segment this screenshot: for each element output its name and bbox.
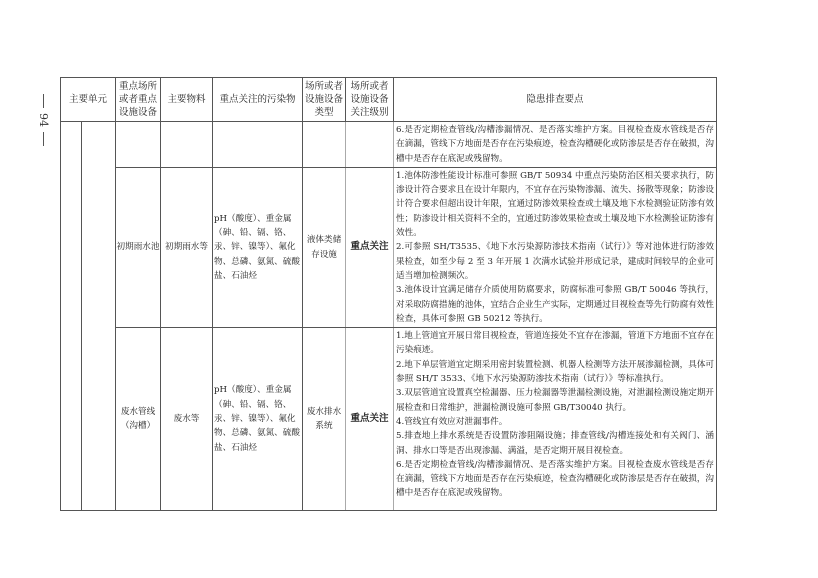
main-unit-cell-b	[82, 122, 116, 511]
facility-type-cell: 废水排水系统	[303, 328, 346, 511]
inspection-point: 3.池体设计宜满足储存介质使用防腐要求，防腐标准可参照 GB/T 50046 等…	[396, 283, 714, 326]
inspection-point: 4.管线宜有效应对泄漏事件。	[396, 415, 714, 429]
inspection-point: 3.双层管道宜设置真空检漏器、压力检漏器等泄漏检测设施，对泄漏检测设施定期开展检…	[396, 386, 714, 415]
focus-level-cell	[346, 122, 394, 168]
table-row: 初期雨水池 初期雨水等 pH（酸度）、重金属（砷、铅、镉、铬、汞、锌、镍等）、氟…	[61, 167, 717, 327]
header-focus-level: 场所或者设施设备关注级别	[346, 78, 394, 122]
header-key-place: 重点场所或者重点设施设备	[116, 78, 161, 122]
main-unit-cell-a	[61, 122, 82, 511]
header-inspection-points: 隐患排查要点	[394, 78, 717, 122]
pollutants-cell	[213, 122, 303, 168]
pollutants-cell: pH（酸度）、重金属（砷、铅、镉、铬、汞、锌、镍等）、氟化物、总磷、氨氮、硫酸盐…	[213, 167, 303, 327]
header-pollutants: 重点关注的污染物	[213, 78, 303, 122]
inspection-point: 1.地上管道宜开展日常目视检查，管道连接处不宜存在渗漏，管道下方地面不宜存在污染…	[396, 329, 714, 358]
facility-type-cell	[303, 122, 346, 168]
header-facility-type: 场所或者设施设备类型	[303, 78, 346, 122]
pollutants-cell: pH（酸度）、重金属（砷、铅、镉、铬、汞、锌、镍等）、氟化物、总磷、氨氮、硫酸盐…	[213, 328, 303, 511]
inspection-point: 2.地下单层管道宜定期采用密封装置检测、机器人检测等方法开展渗漏检测，具体可参照…	[396, 358, 714, 387]
page-number-dash-top	[43, 94, 44, 108]
page-number: 94	[36, 92, 50, 152]
inspection-point: 2.可参照 SH/T3535、《地下水污染源防渗技术指南（试行）》等对池体进行防…	[396, 240, 714, 283]
table-row: 6.是否定期检查管线/沟槽渗漏情况、是否落实维护方案。目视检查废水管线是否存在滴…	[61, 122, 717, 168]
inspection-points-cell: 6.是否定期检查管线/沟槽渗漏情况、是否落实维护方案。目视检查废水管线是否存在滴…	[394, 122, 717, 168]
page-number-value: 94	[37, 113, 49, 127]
focus-level-cell: 重点关注	[346, 167, 394, 327]
header-main-material: 主要物料	[161, 78, 213, 122]
inspection-points-cell: 1.地上管道宜开展日常目视检查，管道连接处不宜存在渗漏，管道下方地面不宜存在污染…	[394, 328, 717, 511]
key-place-cell: 初期雨水池	[116, 167, 161, 327]
inspection-point: 6.是否定期检查管线/沟槽渗漏情况、是否落实维护方案。目视检查废水管线是否存在滴…	[396, 123, 714, 166]
table-header-row: 主要单元 重点场所或者重点设施设备 主要物料 重点关注的污染物 场所或者设施设备…	[61, 78, 717, 122]
page-number-dash-bottom	[43, 132, 44, 146]
main-material-cell	[161, 122, 213, 168]
inspection-point: 1.池体防渗性能设计标准可参照 GB/T 50934 中重点污染防治区相关要求执…	[396, 169, 714, 240]
header-main-unit: 主要单元	[61, 78, 116, 122]
inspection-table: 主要单元 重点场所或者重点设施设备 主要物料 重点关注的污染物 场所或者设施设备…	[60, 77, 717, 511]
focus-level-cell: 重点关注	[346, 328, 394, 511]
key-place-cell: 废水管线（沟槽）	[116, 328, 161, 511]
inspection-points-cell: 1.池体防渗性能设计标准可参照 GB/T 50934 中重点污染防治区相关要求执…	[394, 167, 717, 327]
table-row: 废水管线（沟槽） 废水等 pH（酸度）、重金属（砷、铅、镉、铬、汞、锌、镍等）、…	[61, 328, 717, 511]
main-material-cell: 废水等	[161, 328, 213, 511]
key-place-cell	[116, 122, 161, 168]
inspection-point: 6.是否定期检查管线/沟槽渗漏情况、是否落实维护方案。目视检查废水管线是否存在滴…	[396, 458, 714, 501]
inspection-point: 5.排查地上排水系统是否设置防渗阻隔设施；排查管线/沟槽连接处和有关阀门、涵洞、…	[396, 429, 714, 458]
main-material-cell: 初期雨水等	[161, 167, 213, 327]
facility-type-cell: 液体类储存设施	[303, 167, 346, 327]
